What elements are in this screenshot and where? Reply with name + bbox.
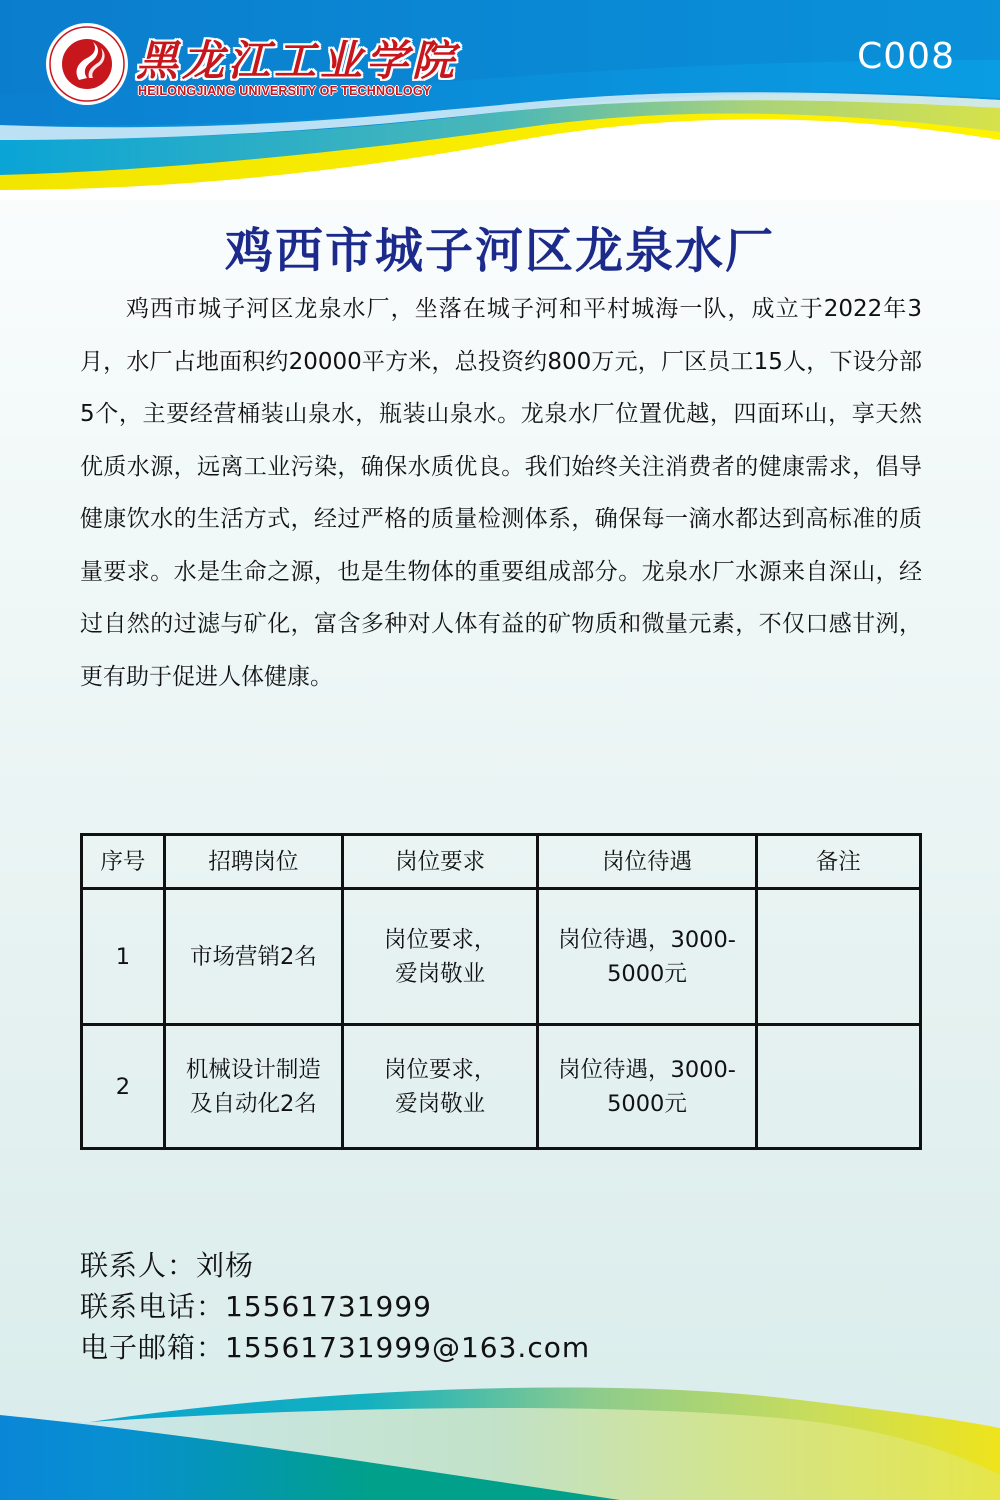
header-no: 序号 (82, 835, 165, 889)
requirement-line: 爱岗敬业 (350, 1087, 530, 1121)
cell-no: 1 (82, 889, 165, 1025)
cell-salary: 岗位待遇，3000- 5000元 (538, 1025, 756, 1149)
cell-position: 机械设计制造 及自动化2名 (164, 1025, 342, 1149)
contact-person-row: 联系人：刘杨 (80, 1245, 590, 1286)
university-seal-icon (45, 22, 129, 106)
recruitment-table: 序号 招聘岗位 岗位要求 岗位待遇 备注 1 市场营销2名 岗位要求， 爱岗敬业… (80, 833, 922, 1150)
requirement-line: 岗位要求， (350, 1053, 530, 1087)
header-salary: 岗位待遇 (538, 835, 756, 889)
salary-line: 岗位待遇，3000- (545, 1053, 748, 1087)
page-title: 鸡西市城子河区龙泉水厂 (0, 212, 1000, 281)
cell-requirement: 岗位要求， 爱岗敬业 (343, 1025, 538, 1149)
header-requirement: 岗位要求 (343, 835, 538, 889)
contact-phone-row: 联系电话：15561731999 (80, 1286, 590, 1327)
salary-line: 5000元 (545, 1087, 748, 1121)
position-line: 机械设计制造 (172, 1053, 335, 1087)
school-name-en: HEILONGJIANG UNIVERSITY OF TECHNOLOGY (138, 84, 431, 98)
contact-email-label: 电子邮箱： (80, 1331, 225, 1364)
school-name-cn: 黑龙江工业学院 (136, 28, 458, 88)
table-header-row: 序号 招聘岗位 岗位要求 岗位待遇 备注 (82, 835, 921, 889)
header-note: 备注 (756, 835, 920, 889)
contact-info: 联系人：刘杨 联系电话：15561731999 电子邮箱：15561731999… (80, 1245, 590, 1368)
cell-note (756, 1025, 920, 1149)
contact-phone-label: 联系电话： (80, 1290, 225, 1323)
poster-code: C008 (857, 36, 955, 77)
table-row: 1 市场营销2名 岗位要求， 爱岗敬业 岗位待遇，3000- 5000元 (82, 889, 921, 1025)
cell-note (756, 889, 920, 1025)
cell-position: 市场营销2名 (164, 889, 342, 1025)
header-position: 招聘岗位 (164, 835, 342, 889)
contact-email-row: 电子邮箱：15561731999@163.com (80, 1327, 590, 1368)
contact-email[interactable]: 15561731999@163.com (225, 1331, 590, 1364)
cell-requirement: 岗位要求， 爱岗敬业 (343, 889, 538, 1025)
position-line: 及自动化2名 (172, 1087, 335, 1121)
salary-line: 岗位待遇，3000- (545, 923, 748, 957)
contact-phone[interactable]: 15561731999 (225, 1290, 432, 1323)
contact-person-label: 联系人： (80, 1249, 196, 1282)
cell-salary: 岗位待遇，3000- 5000元 (538, 889, 756, 1025)
requirement-line: 岗位要求， (350, 923, 530, 957)
company-introduction: 鸡西市城子河区龙泉水厂，坐落在城子河和平村城海一队，成立于2022年3月，水厂占… (80, 283, 922, 703)
contact-person: 刘杨 (196, 1249, 254, 1282)
requirement-line: 爱岗敬业 (350, 957, 530, 991)
university-logo (45, 22, 129, 106)
table-row: 2 机械设计制造 及自动化2名 岗位要求， 爱岗敬业 岗位待遇，3000- 50… (82, 1025, 921, 1149)
salary-line: 5000元 (545, 957, 748, 991)
cell-no: 2 (82, 1025, 165, 1149)
footer-wave-background (0, 1380, 1000, 1500)
